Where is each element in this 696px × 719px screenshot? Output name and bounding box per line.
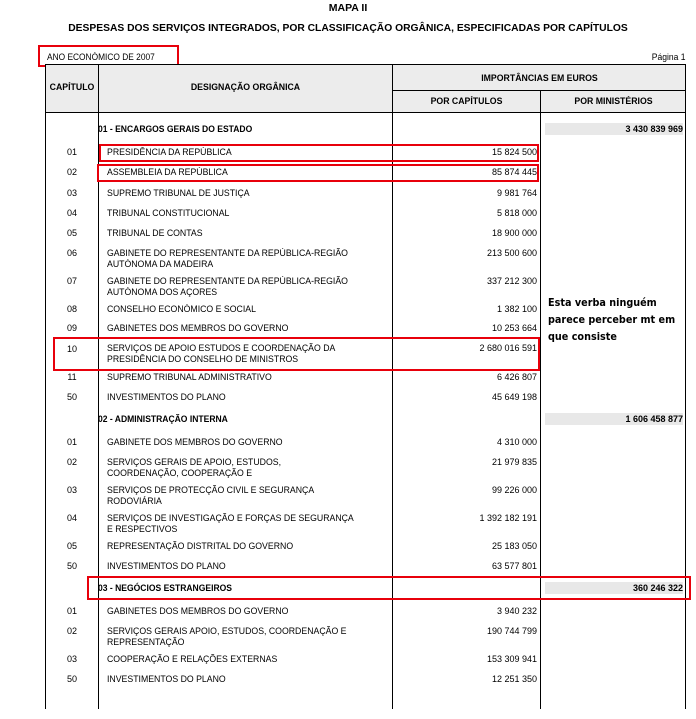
- row-capitulo: 50: [46, 674, 98, 684]
- row-designacao: COOPERAÇÃO E RELAÇÕES EXTERNAS: [107, 654, 383, 665]
- row-designacao-line2: AUTÓNOMA DOS AÇORES: [107, 287, 383, 298]
- row-capitulo: 02: [46, 167, 98, 177]
- row-capitulo: 04: [46, 513, 98, 523]
- group-total: 1 606 458 877: [545, 413, 683, 425]
- highlight-assembleia: [97, 164, 539, 182]
- row-designacao: GABINETES DOS MEMBROS DO GOVERNO: [107, 606, 383, 617]
- row-amount: 6 426 807: [392, 372, 537, 382]
- header-por-ministerios: POR MINISTÉRIOS: [547, 96, 680, 107]
- group-label: 02 - ADMINISTRAÇÃO INTERNA: [98, 414, 228, 424]
- highlight-presidencia: [99, 144, 539, 162]
- row-amount: 21 979 835: [392, 457, 537, 467]
- header-subdivider: [392, 90, 686, 91]
- row-designacao: SUPREMO TRIBUNAL DE JUSTIÇA: [107, 188, 383, 199]
- row-capitulo: 01: [46, 437, 98, 447]
- row-designacao-line2: RODOVIÁRIA: [107, 496, 383, 507]
- header-por-capitulos: POR CAPÍTULOS: [399, 96, 534, 107]
- row-capitulo: 07: [46, 276, 98, 286]
- row-designacao-line2: E RESPECTIVOS: [107, 524, 383, 535]
- row-capitulo: 05: [46, 541, 98, 551]
- row-designacao: SUPREMO TRIBUNAL ADMINISTRATIVO: [107, 372, 383, 383]
- row-designacao-line1: SERVIÇOS GERAIS DE APOIO, ESTUDOS,: [107, 457, 383, 468]
- row-designacao: GABINETE DOS MEMBROS DO GOVERNO: [107, 437, 383, 448]
- row-capitulo: 02: [46, 457, 98, 467]
- row-capitulo: 03: [46, 188, 98, 198]
- row-amount: 10 253 664: [392, 323, 537, 333]
- row-capitulo: 05: [46, 228, 98, 238]
- row-amount: 63 577 801: [392, 561, 537, 571]
- row-amount: 4 310 000: [392, 437, 537, 447]
- row-capitulo: 08: [46, 304, 98, 314]
- row-designacao: INVESTIMENTOS DO PLANO: [107, 392, 383, 403]
- row-designacao: GABINETES DOS MEMBROS DO GOVERNO: [107, 323, 383, 334]
- row-capitulo: 03: [46, 485, 98, 495]
- row-designacao-line2: COORDENAÇÃO, COOPERAÇÃO E: [107, 468, 383, 479]
- row-capitulo: 02: [46, 626, 98, 636]
- row-designacao-line1: GABINETE DO REPRESENTANTE DA REPÚBLICA-R…: [107, 276, 383, 287]
- row-designacao-line1: SERVIÇOS GERAIS APOIO, ESTUDOS, COORDENA…: [107, 626, 383, 637]
- highlight-servicos-apoio: [53, 337, 540, 371]
- row-designacao-line2: AUTÓNOMA DA MADEIRA: [107, 259, 383, 270]
- row-amount: 153 309 941: [392, 654, 537, 664]
- row-amount: 99 226 000: [392, 485, 537, 495]
- header-capitulo: CAPÍTULO: [46, 82, 98, 93]
- row-capitulo: 01: [46, 147, 98, 157]
- document-title: MAPA II: [0, 2, 696, 14]
- row-amount: 18 900 000: [392, 228, 537, 238]
- header-bottom-border: [45, 112, 686, 113]
- document-subtitle: DESPESAS DOS SERVIÇOS INTEGRADOS, POR CL…: [7, 22, 689, 34]
- row-amount: 190 744 799: [392, 626, 537, 636]
- row-designacao: TRIBUNAL DE CONTAS: [107, 228, 383, 239]
- row-amount: 213 500 600: [392, 248, 537, 258]
- row-designacao: INVESTIMENTOS DO PLANO: [107, 674, 383, 685]
- row-capitulo: 11: [46, 372, 98, 382]
- header-importancias: IMPORTÂNCIAS EM EUROS: [405, 73, 675, 84]
- row-designacao-line1: SERVIÇOS DE PROTECÇÃO CIVIL E SEGURANÇA: [107, 485, 383, 496]
- row-amount: 5 818 000: [392, 208, 537, 218]
- highlight-negocios-estrangeiros: [87, 576, 691, 600]
- row-designacao-line2: REPRESENTAÇÃO: [107, 637, 383, 648]
- row-capitulo: 01: [46, 606, 98, 616]
- annotation-note: Esta verba ninguém parece perceber mt em…: [548, 295, 677, 346]
- row-designacao: CONSELHO ECONÓMICO E SOCIAL: [107, 304, 383, 315]
- row-designacao-line1: SERVIÇOS DE INVESTIGAÇÃO E FORÇAS DE SEG…: [107, 513, 383, 524]
- row-amount: 337 212 300: [392, 276, 537, 286]
- row-amount: 25 183 050: [392, 541, 537, 551]
- row-amount: 1 392 182 191: [392, 513, 537, 523]
- row-capitulo: 09: [46, 323, 98, 333]
- col-divider-amounts: [540, 90, 541, 709]
- group-label: 01 - ENCARGOS GERAIS DO ESTADO: [98, 124, 252, 134]
- row-capitulo: 03: [46, 654, 98, 664]
- row-capitulo: 06: [46, 248, 98, 258]
- row-amount: 12 251 350: [392, 674, 537, 684]
- row-amount: 45 649 198: [392, 392, 537, 402]
- row-amount: 1 382 100: [392, 304, 537, 314]
- page-number: Página 1: [652, 52, 686, 63]
- row-designacao-line1: GABINETE DO REPRESENTANTE DA REPÚBLICA-R…: [107, 248, 383, 259]
- row-amount: 3 940 232: [392, 606, 537, 616]
- row-capitulo: 04: [46, 208, 98, 218]
- row-amount: 9 981 764: [392, 188, 537, 198]
- row-designacao: INVESTIMENTOS DO PLANO: [107, 561, 383, 572]
- row-capitulo: 50: [46, 561, 98, 571]
- row-designacao: REPRESENTAÇÃO DISTRITAL DO GOVERNO: [107, 541, 383, 552]
- row-designacao: TRIBUNAL CONSTITUCIONAL: [107, 208, 383, 219]
- row-capitulo: 50: [46, 392, 98, 402]
- header-designacao: DESIGNAÇÃO ORGÂNICA: [111, 82, 381, 93]
- group-total: 3 430 839 969: [545, 123, 683, 135]
